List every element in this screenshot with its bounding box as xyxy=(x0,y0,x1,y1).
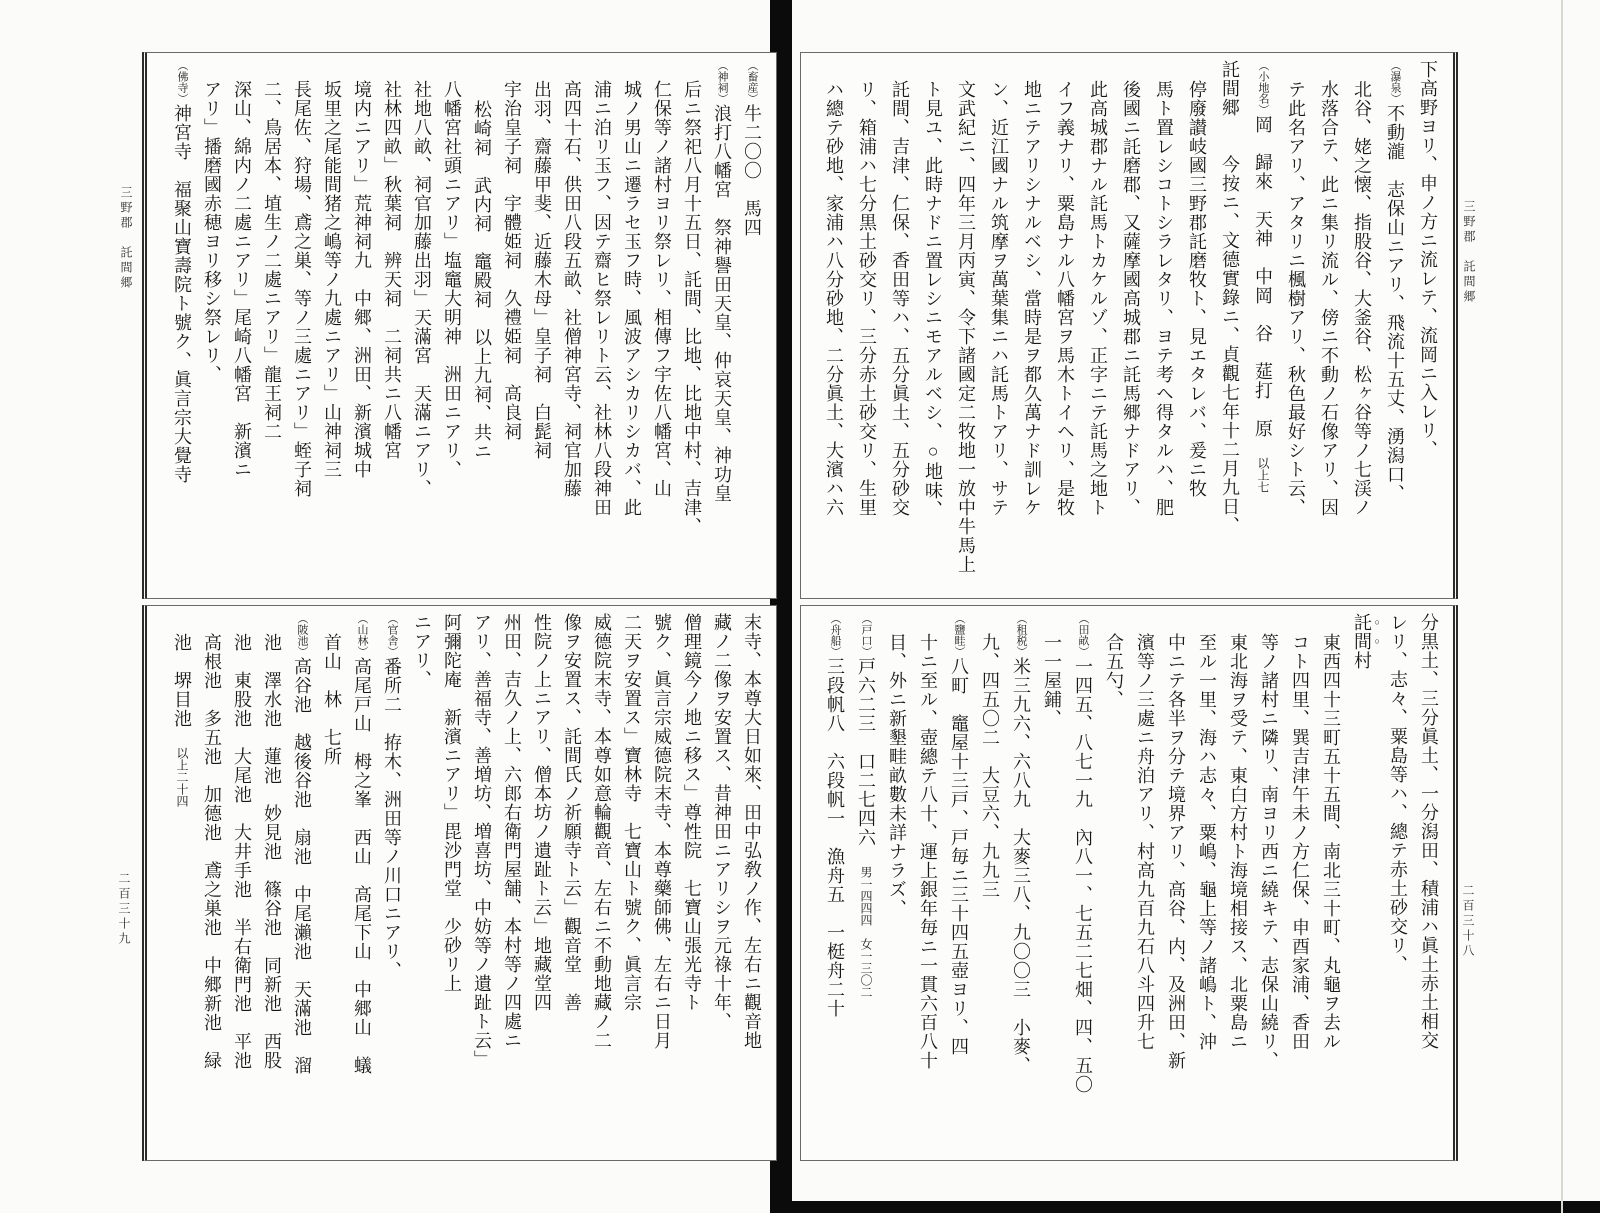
text-column: 水落合テ、此ニ集リ流ル、傍ニ不動ノ石像アリ、因 xyxy=(1312,60,1345,592)
text-column: 此高城郡ナル託馬トカケルゾ、正字ニテ託馬之地ト xyxy=(1081,60,1114,592)
text-column: 一一屋鋪、 xyxy=(1036,613,1067,1154)
category-label: （畜産） xyxy=(746,60,758,104)
emphasis-marked-text: 託間 xyxy=(1352,613,1372,651)
small-note: 男一四四四 女一三〇二 xyxy=(859,866,873,998)
text-column: 仁保等ノ諸村ヨリ祭レリ、相傳フ宇佐八幡宮、山 xyxy=(647,60,677,592)
text-column: 出羽、齋藤甲斐、近藤木母」皇子祠 白髭祠 xyxy=(527,60,557,592)
category-label: （佛寺） xyxy=(176,60,188,104)
text-column: アリ、善福寺、善増坊、増喜坊、中妨等ノ遺趾ト云」 xyxy=(467,613,497,1154)
text-column: 像ヲ安置ス、託間氏ノ祈願寺ト云」觀音堂 善 xyxy=(557,613,587,1154)
text-column: 社地八畝、祠官加藤出羽」天滿宮 天滿ニアリ、 xyxy=(407,60,437,592)
text-column: 二、鳥居本、埴生ノ二處ニアリ」龍王祠二 xyxy=(257,60,287,592)
text-column: （瀑泉）不動瀧 志保山ニアリ、飛流十五丈、湧潟口、 xyxy=(1378,60,1411,592)
vertical-text-columns: 末寺、本尊大日如來、田中弘敎ノ作、左右ニ觀音地藏ノ二像ヲ安置ス、昔神田ニアリシヲ… xyxy=(156,613,767,1154)
left-page-upper-text-block: （畜産）牛二〇〇 馬四（神祠）浪打八幡宮 祭神譽田天皇、仲哀天皇、神功皇后ニ祭祀… xyxy=(142,52,777,599)
category-label: （陂池） xyxy=(296,613,308,657)
text-column: 池 東股池 大尾池 大井手池 半右衛門池 平池 xyxy=(227,613,257,1154)
category-label: （租税） xyxy=(1015,613,1027,657)
text-column: イフ義ナリ、粟島ナル八幡宮ヲ馬木トイヘリ、是牧 xyxy=(1048,60,1081,592)
right-page-upper-text-block: 下高野ヨリ、申ノ方ニ流レテ、流岡ニ入レリ、（瀑泉）不動瀧 志保山ニアリ、飛流十五… xyxy=(800,52,1458,599)
text-column: 浦ニ泊リ玉フ、因テ齋ヒ祭レリト云、社林八段神田 xyxy=(587,60,617,592)
text-column: 松崎祠 武内祠 竈殿祠 以上九祠、共ニ xyxy=(467,60,497,592)
left-page-lower-text-block: 末寺、本尊大日如來、田中弘敎ノ作、左右ニ觀音地藏ノ二像ヲ安置ス、昔神田ニアリシヲ… xyxy=(142,605,777,1161)
text-column: 等ノ諸村ニ隣リ、南ヨリ西ニ繞キテ、志保山繞リ、 xyxy=(1253,613,1284,1154)
text-column: 坂里之尾能間猪之嶋等ノ九處ニアリ」山神祠三 xyxy=(317,60,347,592)
text-column: 長尾佐、狩場、鳶之巣、等ノ三處ニアリ」蛭子祠 xyxy=(287,60,317,592)
text-column: （小地名）岡 歸來 天神 中岡 谷 莚打 原 以上七 xyxy=(1246,60,1279,592)
text-column: レリ、志々、粟島等ハ、總テ赤土砂交リ、 xyxy=(1382,613,1413,1154)
text-column: 託間、吉津、仁保、香田等ハ、五分眞土、五分砂交 xyxy=(883,60,916,592)
book-scan-spread: 三野郡 託間郷 二百三十八 下高野ヨリ、申ノ方ニ流レテ、流岡ニ入レリ、（瀑泉）不… xyxy=(0,0,1600,1213)
text-column: （山林）高尾戸山 栂之峯 西山 高尾下山 中郷山 蟻 xyxy=(347,613,377,1154)
vertical-text-columns: 下高野ヨリ、申ノ方ニ流レテ、流岡ニ入レリ、（瀑泉）不動瀧 志保山ニアリ、飛流十五… xyxy=(810,60,1444,592)
text-column: （佛寺）神宮寺 福聚山寶壽院ト號ク、眞言宗大覺寺 xyxy=(167,60,197,592)
text-column: （鹽畦）八町 竈屋十三戸、戸毎ニ三十四五壺ヨリ、四 xyxy=(943,613,974,1154)
category-label: （瀑泉） xyxy=(1389,60,1401,104)
category-label: （小地名） xyxy=(1257,60,1269,115)
text-column: 地ニテアリシナルベシ、當時是ヲ都久萬ナド訓レケ xyxy=(1015,60,1048,592)
text-column: 號ク、眞言宗威德院末寺、本尊藥師佛、左右ニ日月 xyxy=(647,613,677,1154)
category-label: （戸口） xyxy=(860,613,872,657)
text-column: 深山、綿内ノ二處ニアリ」尾崎八幡宮 新濱ニ xyxy=(227,60,257,592)
text-column: 東北海ヲ受テ、東白方村ト海境相接ス、北粟島ニ xyxy=(1222,613,1253,1154)
text-column: 池 堺目池 以上二十四 xyxy=(167,613,197,1154)
text-column: 末寺、本尊大日如來、田中弘敎ノ作、左右ニ觀音地 xyxy=(737,613,767,1154)
text-column: テ此名アリ、アタリニ楓樹アリ、秋色最好シト云、 xyxy=(1279,60,1312,592)
text-column: （租税）米三九六、六八九 大麥三八、九〇〇三 小麥、 xyxy=(1005,613,1036,1154)
text-column: 池 澤水池 蓮池 妙見池 篠谷池 同新池 西股 xyxy=(257,613,287,1154)
category-label: （田畝） xyxy=(1077,613,1089,657)
left-page-number: 二百三十九 xyxy=(116,872,133,947)
text-column: コト四里、巽吉津午未ノ方仁保、申酉家浦、香田 xyxy=(1284,613,1315,1154)
text-column: 至ル一里、海ハ志々、粟嶋、龜上等ノ諸嶋ト、沖 xyxy=(1191,613,1222,1154)
text-column: 後國ニ託磨郡、又薩摩國高城郡ニ託馬郷ナドアリ、 xyxy=(1114,60,1147,592)
text-column: 高四十石、供田八段五畝、社僧神宮寺、祠官加藤 xyxy=(557,60,587,592)
text-column: 馬ト置レシコトシラレタリ、ヨテ考ヘ得タルハ、肥 xyxy=(1147,60,1180,592)
text-column: 二天ヲ安置ス」寶林寺 七寶山ト號ク、眞言宗 xyxy=(617,613,647,1154)
text-column: 后ニ祭祀八月十五日、託間、比地、比地中村、吉津、 xyxy=(677,60,707,592)
text-column: （陂池）高谷池 越後谷池 扇池 中尾瀨池 天滿池 溜 xyxy=(287,613,317,1154)
text-column: 社林四畝」秋葉祠 辨天祠 二祠共ニ八幡宮 xyxy=(377,60,407,592)
text-column: 十ニ至ル、壺總テ八十、運上銀年毎ニ一貫六百八十 xyxy=(912,613,943,1154)
text-column: 合五勺、 xyxy=(1098,613,1129,1154)
small-note: 以上二十四 xyxy=(175,747,189,807)
text-column: 北谷、姥之懐、指股谷、大釜谷、松ヶ谷等ノ七渓ノ xyxy=(1345,60,1378,592)
text-column: 八幡宮社頭ニアリ」塩竈大明神 洲田ニアリ、 xyxy=(437,60,467,592)
text-column: アリ」播磨國赤穂ヨリ移シ祭レリ、 xyxy=(197,60,227,592)
text-column: 文武紀ニ、四年三月丙寅、令下諸國定二牧地一放中牛馬上 xyxy=(949,60,982,592)
text-column: 首山 林 七所 xyxy=(317,613,347,1154)
category-label: （神祠） xyxy=(716,60,728,104)
text-column: （田畝）一四五、八七一九 內八一、七五二七畑、四、五〇 xyxy=(1067,613,1098,1154)
right-page-number: 二百三十八 xyxy=(1460,884,1477,959)
text-column: リ、箱浦ハ七分黒土砂交リ、三分赤土砂交リ、生里 xyxy=(850,60,883,592)
text-column: 威德院末寺、本尊如意輪觀音、左右ニ不動地藏ノ二 xyxy=(587,613,617,1154)
text-column: 高根池 多五池 加德池 鳶之巣池 中郷新池 緑 xyxy=(197,613,227,1154)
text-column: （畜産）牛二〇〇 馬四 xyxy=(737,60,767,592)
text-column: 東西四十三町五十五間、南北三十町、丸龜ヲ去ル xyxy=(1315,613,1346,1154)
text-column: 目、外ニ新墾畦畝數未詳ナラズ、 xyxy=(881,613,912,1154)
text-column: 州田、吉久ノ上、六郎右衛門屋舗、本村等ノ四處ニ xyxy=(497,613,527,1154)
category-label: （舟船） xyxy=(829,613,841,657)
right-page-lower-text-block: 分黒土、三分眞土、一分潟田、積浦ハ眞土赤土相交レリ、志々、粟島等ハ、總テ赤土砂交… xyxy=(800,605,1458,1161)
text-column: 下高野ヨリ、申ノ方ニ流レテ、流岡ニ入レリ、 xyxy=(1411,60,1444,592)
scan-edge-shadow xyxy=(781,1201,1600,1213)
text-column: 託間村 xyxy=(1346,613,1382,1154)
text-column: （官舎）番所二 拵木、洲田等ノ川口ニアリ、 xyxy=(377,613,407,1154)
text-column: 濱等ノ三處ニ舟泊アリ、村高九百九石八斗四升七 xyxy=(1129,613,1160,1154)
right-margin-section-title: 三野郡 託間郷 xyxy=(1461,200,1478,305)
text-column: 宇治皇子祠 宇體姫祠 久禮姫祠 高良祠 xyxy=(497,60,527,592)
text-column: 僧理鏡今ノ地ニ移ス」尊性院 七寶山張光寺ト xyxy=(677,613,707,1154)
category-label: （官舎） xyxy=(386,613,398,657)
text-column: 託間郷 今按ニ、文德實錄ニ、貞觀七年十二月九日、 xyxy=(1213,60,1246,592)
text-column: （戸口）戸六二三 口二七四六 男一四四四 女一三〇二 xyxy=(850,613,881,1154)
text-column: 阿彌陀庵 新濱ニアリ」毘沙門堂 少砂リ上 xyxy=(437,613,467,1154)
text-column: 藏ノ二像ヲ安置ス、昔神田ニアリシヲ元祿十年、 xyxy=(707,613,737,1154)
text-column: 城ノ男山ニ遷ラセ玉フ時、風波アシカリシカバ、此 xyxy=(617,60,647,592)
text-column: 境内ニアリ」荒神祠九 中郷、洲田、新濱城中 xyxy=(347,60,377,592)
text-column: （舟船）三段帆八 六段帆一 漁舟五 一梃舟二十 xyxy=(819,613,850,1154)
vertical-text-columns: 分黒土、三分眞土、一分潟田、積浦ハ眞土赤土相交レリ、志々、粟島等ハ、總テ赤土砂交… xyxy=(810,613,1444,1154)
category-label: （山林） xyxy=(356,613,368,657)
vertical-text-columns: （畜産）牛二〇〇 馬四（神祠）浪打八幡宮 祭神譽田天皇、仲哀天皇、神功皇后ニ祭祀… xyxy=(156,60,767,592)
text-column: ト見ユ、此時ナドニ置レシニモアルベシ、○地味、 xyxy=(916,60,949,592)
small-note: 以上七 xyxy=(1256,457,1270,493)
text-column: 性院ノ上ニアリ、僧本坊ノ遺趾ト云」地藏堂四 xyxy=(527,613,557,1154)
text-column: ニアリ、 xyxy=(407,613,437,1154)
text-column: 九、四五〇二 大豆六、九九三 xyxy=(974,613,1005,1154)
text-column: ハ總テ砂地、家浦ハ八分砂地、二分眞土、大濱ハ六 xyxy=(817,60,850,592)
text-column: 停廢讃岐國三野郡託磨牧ト、見エタレバ、爰ニ牧 xyxy=(1180,60,1213,592)
page-edge-line xyxy=(1561,0,1563,1213)
text-column: （神祠）浪打八幡宮 祭神譽田天皇、仲哀天皇、神功皇 xyxy=(707,60,737,592)
text-column: ン、近江國ナル筑摩ヲ萬葉集ニハ託馬トアリ、サテ xyxy=(982,60,1015,592)
text-column: 中ニテ各半ヲ分テ境界アリ、高谷、内、及洲田、新 xyxy=(1160,613,1191,1154)
category-label: （鹽畦） xyxy=(953,613,965,657)
left-margin-section-title: 三野郡 託間郷 xyxy=(118,186,135,291)
text-column: 分黒土、三分眞土、一分潟田、積浦ハ眞土赤土相交 xyxy=(1413,613,1444,1154)
